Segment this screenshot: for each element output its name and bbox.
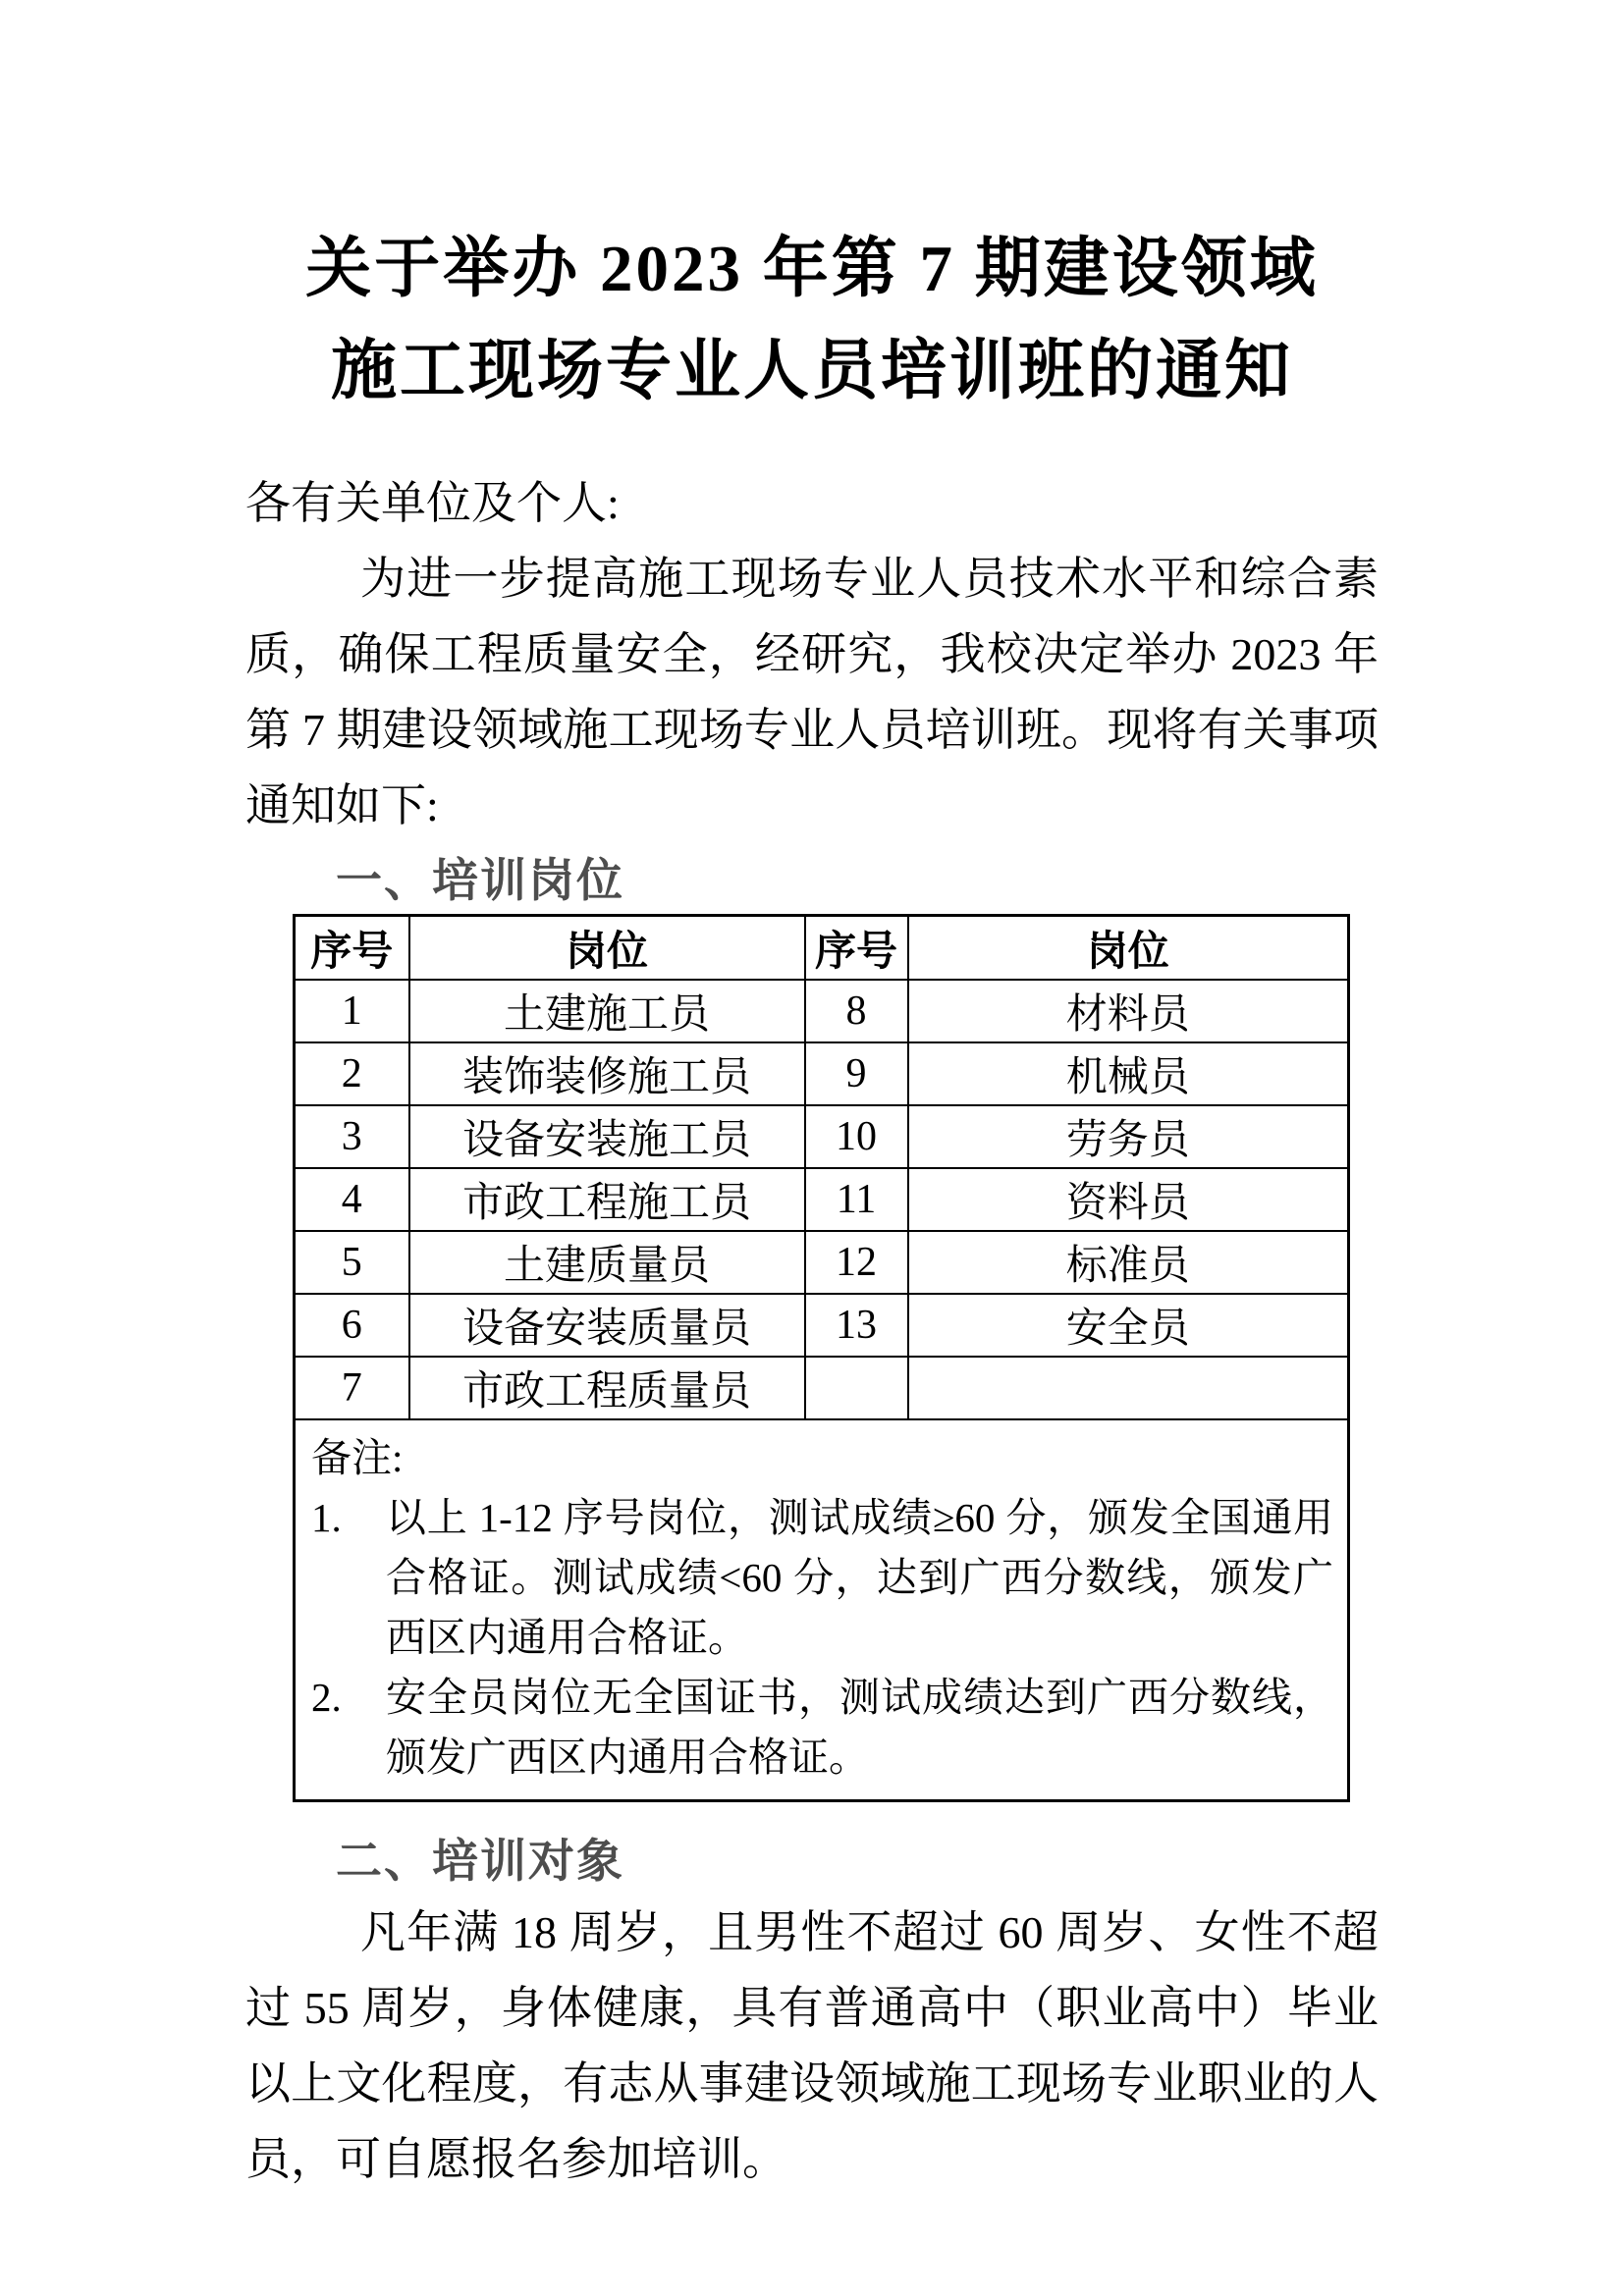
salutation: 各有关单位及个人: [245,465,1379,541]
table-cell: 11 [805,1168,908,1231]
section-heading-training-targets: 二、培训对象 [336,1834,1379,1889]
table-cell: 13 [805,1294,908,1357]
remark-item-2: 2. 安全员岗位无全国证书，测试成绩达到广西分数线，颁发广西区内通用合格证。 [311,1668,1333,1788]
table-cell: 机械员 [908,1042,1349,1105]
table-cell: 市政工程质量员 [409,1357,805,1419]
table-cell: 设备安装施工员 [409,1105,805,1168]
table-cell: 材料员 [908,980,1349,1042]
table-cell: 7 [295,1357,409,1419]
table-cell: 10 [805,1105,908,1168]
document-title-line1: 关于举办 2023 年第 7 期建设领域 [245,218,1379,320]
document-title-line2: 施工现场专业人员培训班的通知 [245,320,1379,422]
remarks-cell: 备注: 1. 以上 1-12 序号岗位，测试成绩≥60 分，颁发全国通用合格证。… [295,1419,1349,1801]
table-cell: 8 [805,980,908,1042]
table-cell: 土建施工员 [409,980,805,1042]
table-cell: 6 [295,1294,409,1357]
notice-document-page: 关于举办 2023 年第 7 期建设领域 施工现场专业人员培训班的通知 各有关单… [0,0,1624,2296]
remark-text: 以上 1-12 序号岗位，测试成绩≥60 分，颁发全国通用合格证。测试成绩<60… [386,1488,1333,1668]
table-header-row: 序号 岗位 序号 岗位 [295,916,1349,981]
table-cell: 市政工程施工员 [409,1168,805,1231]
remarks-label: 备注: [311,1428,1333,1488]
table-row: 5 土建质量员 12 标准员 [295,1231,1349,1294]
remark-number: 2. [311,1668,386,1728]
table-cell: 9 [805,1042,908,1105]
table-row: 1 土建施工员 8 材料员 [295,980,1349,1042]
table-cell: 标准员 [908,1231,1349,1294]
table-cell: 安全员 [908,1294,1349,1357]
training-targets-paragraph: 凡年满 18 周岁，且男性不超过 60 周岁、女性不超过 55 周岁，身体健康，… [245,1895,1379,2197]
intro-paragraph: 为进一步提高施工现场专业人员技术水平和综合素质，确保工程质量安全，经研究，我校决… [245,541,1379,843]
table-cell: 土建质量员 [409,1231,805,1294]
document-title: 关于举办 2023 年第 7 期建设领域 施工现场专业人员培训班的通知 [245,218,1379,422]
table-row: 7 市政工程质量员 [295,1357,1349,1419]
table-row: 2 装饰装修施工员 9 机械员 [295,1042,1349,1105]
table-cell [908,1357,1349,1419]
table-cell: 4 [295,1168,409,1231]
table-cell: 3 [295,1105,409,1168]
remark-number: 1. [311,1488,386,1548]
table-row: 6 设备安装质量员 13 安全员 [295,1294,1349,1357]
table-header-seq-2: 序号 [805,916,908,981]
table-cell: 1 [295,980,409,1042]
table-cell: 装饰装修施工员 [409,1042,805,1105]
section-heading-training-positions: 一、培训岗位 [336,853,1379,908]
training-positions-table: 序号 岗位 序号 岗位 1 土建施工员 8 材料员 2 装饰装修施工员 9 机械… [293,914,1350,1802]
table-header-position-1: 岗位 [409,916,805,981]
table-cell: 12 [805,1231,908,1294]
table-cell: 劳务员 [908,1105,1349,1168]
table-cell [805,1357,908,1419]
table-remarks-row: 备注: 1. 以上 1-12 序号岗位，测试成绩≥60 分，颁发全国通用合格证。… [295,1419,1349,1801]
table-header-seq-1: 序号 [295,916,409,981]
table-cell: 2 [295,1042,409,1105]
table-cell: 5 [295,1231,409,1294]
table-row: 3 设备安装施工员 10 劳务员 [295,1105,1349,1168]
table-cell: 设备安装质量员 [409,1294,805,1357]
table-cell: 资料员 [908,1168,1349,1231]
table-row: 4 市政工程施工员 11 资料员 [295,1168,1349,1231]
table-header-position-2: 岗位 [908,916,1349,981]
remark-text: 安全员岗位无全国证书，测试成绩达到广西分数线，颁发广西区内通用合格证。 [386,1668,1333,1788]
remark-item-1: 1. 以上 1-12 序号岗位，测试成绩≥60 分，颁发全国通用合格证。测试成绩… [311,1488,1333,1668]
